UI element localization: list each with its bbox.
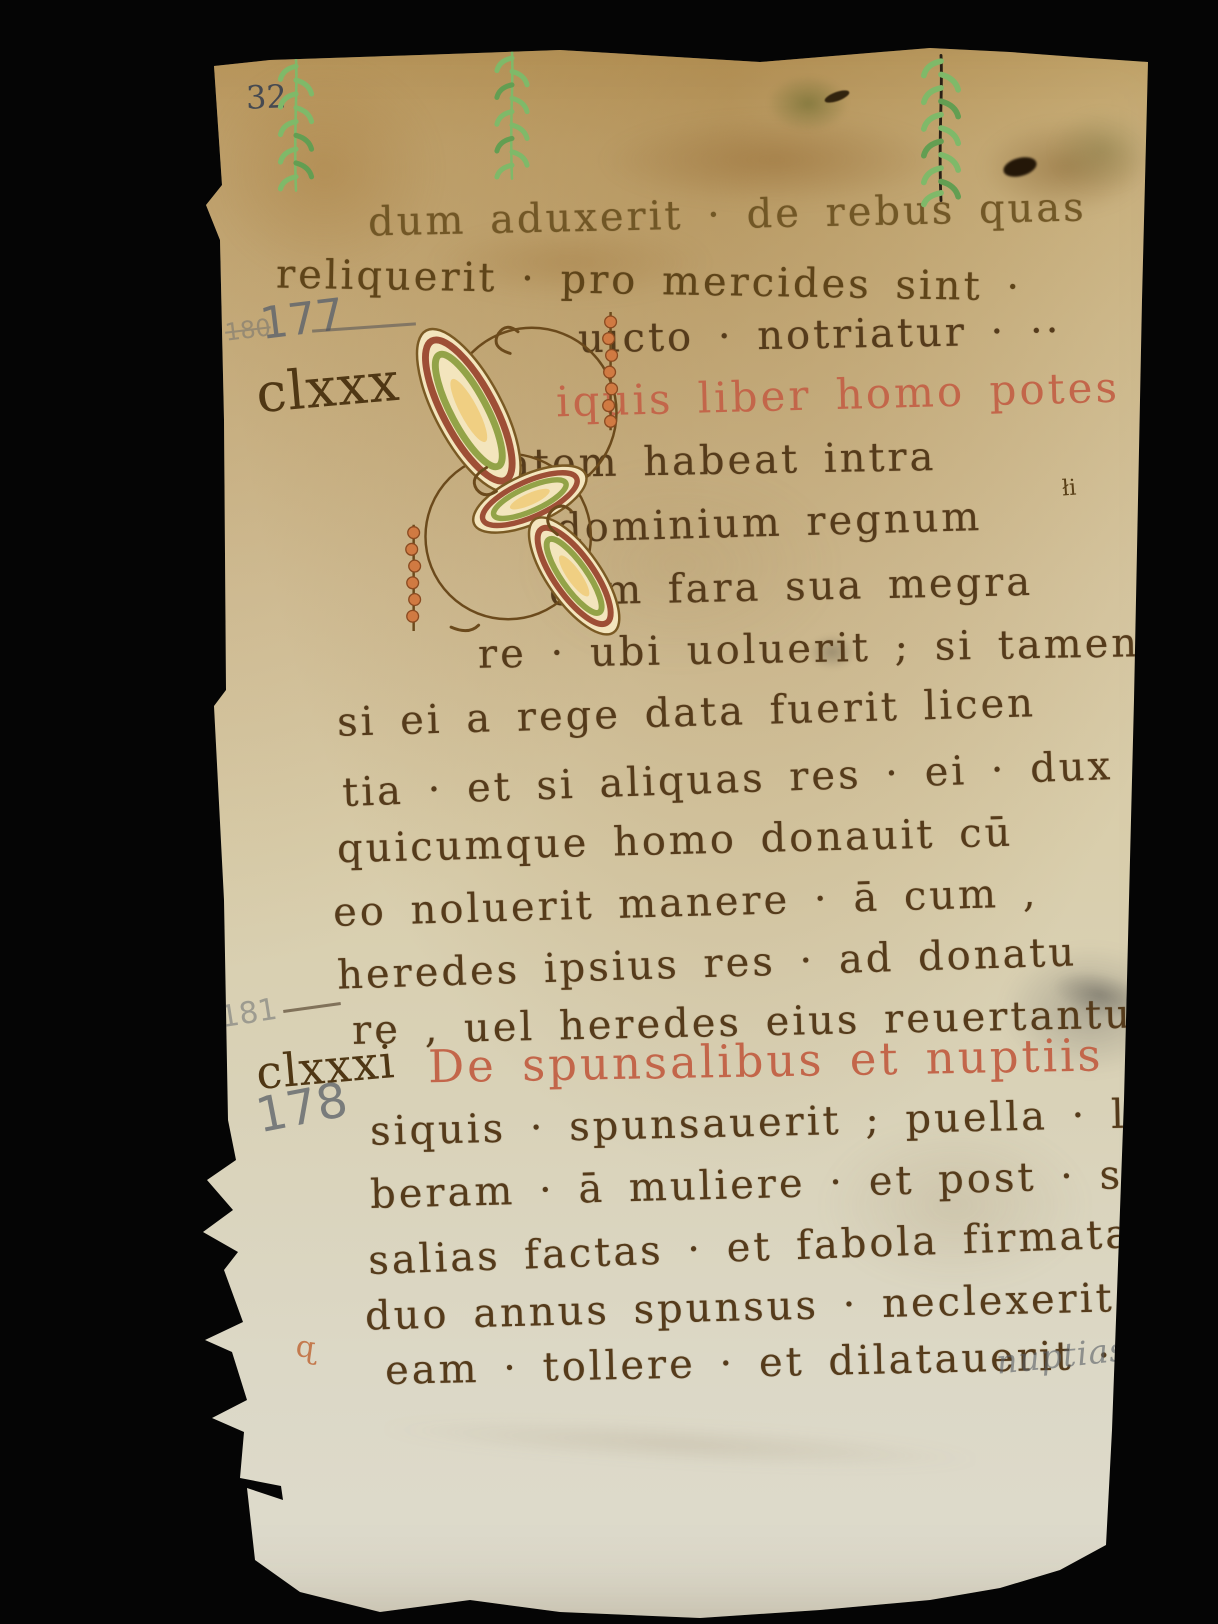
parchment-page: dum aduxerit · de rebus quas reliquerit … <box>0 0 1218 1624</box>
interlinear-gloss: łi <box>1061 476 1077 502</box>
chapter-numeral: clxxx <box>254 350 403 425</box>
pencil-annotation: 177 <box>257 289 347 350</box>
green-stitch-repair-icon <box>920 44 962 212</box>
text-line: uicto · notriatur · ·· <box>578 308 1062 362</box>
decorated-initial-s: S <box>392 302 648 647</box>
green-stitch-repair-icon <box>492 48 532 182</box>
green-stitch-repair-icon <box>276 56 316 194</box>
photo-background: dum aduxerit · de rebus quas reliquerit … <box>0 0 1218 1624</box>
